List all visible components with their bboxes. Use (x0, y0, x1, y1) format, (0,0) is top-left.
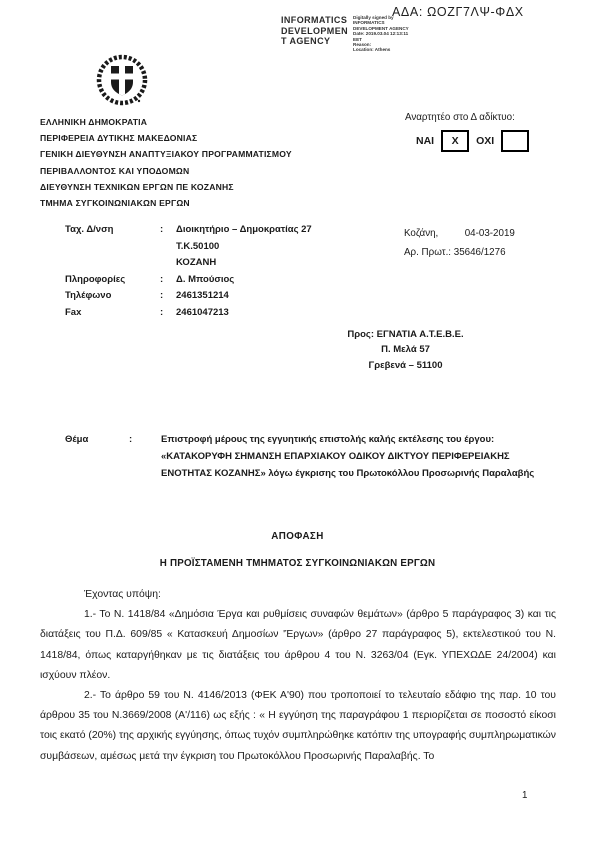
contact-value: 2461047213 (176, 305, 229, 322)
subject-separator: : (129, 431, 161, 483)
contact-separator (160, 239, 176, 256)
body-paragraph: 1.- Το Ν. 1418/84 «Δημόσια Έργα και ρυθμ… (40, 605, 556, 686)
contact-value: ΚΟΖΑΝΗ (176, 255, 216, 272)
document-page: ΑΔΑ: ΩΟΖΓ7ΛΨ-ΦΔΧ INFORMATICS DEVELOPMEN … (0, 0, 595, 842)
recipient-line: Γρεβενά – 51100 (328, 358, 483, 373)
contact-label: Fax (65, 305, 160, 322)
publish-no-label: ΟΧΙ (476, 135, 494, 147)
contact-label: Ταχ. Δ/νση (65, 222, 160, 239)
contact-value: Τ.Κ.50100 (176, 239, 219, 256)
contact-value: Δ. Μπούσιος (176, 272, 234, 289)
contact-row: ΚΟΖΑΝΗ (65, 255, 312, 272)
subject-block: Θέμα : Επιστροφή μέρους της εγγυητικής ε… (65, 431, 561, 483)
contact-value: Διοικητήριο – Δημοκρατίας 27 (176, 222, 312, 239)
publish-label: Αναρτητέο στο Δ αδίκτυο: (405, 112, 515, 123)
meta-block: Κοζάνη, 04-03-2019 Αρ. Πρωτ.: 35646/1276 (404, 224, 515, 262)
publish-options: ΝΑΙ X ΟΧΙ (416, 130, 529, 152)
greek-emblem-icon (92, 52, 152, 117)
contact-separator: : (160, 272, 176, 289)
signature-details: Digitally signed by INFORMATICS DEVELOPM… (353, 15, 409, 53)
contact-label (65, 255, 160, 272)
contact-separator: : (160, 288, 176, 305)
contact-separator: : (160, 222, 176, 239)
recipient-block: Προς: ΕΓΝΑΤΙΑ Α.Τ.Ε.Β.Ε. Π. Μελά 57 Γρεβ… (328, 327, 483, 373)
protocol-number: 35646/1276 (454, 247, 506, 258)
protocol-line: Αρ. Πρωτ.: 35646/1276 (404, 243, 515, 262)
contact-row: Πληροφορίες : Δ. Μπούσιος (65, 272, 312, 289)
contact-row: Τηλέφωνο : 2461351214 (65, 288, 312, 305)
protocol-label: Αρ. Πρωτ.: (404, 247, 451, 258)
publish-yes-checkbox: X (441, 130, 469, 152)
recipient-line: Π. Μελά 57 (328, 342, 483, 357)
contact-row: Ταχ. Δ/νση : Διοικητήριο – Δημοκρατίας 2… (65, 222, 312, 239)
publish-no-checkbox (501, 130, 529, 152)
org-header: ΕΛΛΗΝΙΚΗ ΔΗΜΟΚΡΑΤΙΑ ΠΕΡΙΦΕΡΕΙΑ ΔΥΤΙΚΗΣ Μ… (40, 114, 292, 211)
signature-agency-name: INFORMATICS DEVELOPMEN T AGENCY (281, 15, 348, 53)
org-line: ΔΙΕΥΘΥΝΣΗ ΤΕΧΝΙΚΩΝ ΕΡΓΩΝ ΠΕ ΚΟΖΑΝΗΣ (40, 179, 292, 195)
org-line: ΠΕΡΙΒΑΛΛΟΝΤΟΣ ΚΑΙ ΥΠΟΔΟΜΩΝ (40, 163, 292, 179)
subject-text: Επιστροφή μέρους της εγγυητικής επιστολή… (161, 431, 561, 483)
city-label: Κοζάνη, (404, 224, 462, 243)
org-line: ΕΛΛΗΝΙΚΗ ΔΗΜΟΚΡΑΤΙΑ (40, 114, 292, 130)
contact-row: Fax : 2461047213 (65, 305, 312, 322)
contact-block: Ταχ. Δ/νση : Διοικητήριο – Δημοκρατίας 2… (65, 222, 312, 322)
org-line: ΤΜΗΜΑ ΣΥΓΚΟΙΝΩΝΙΑΚΩΝ ΕΡΓΩΝ (40, 195, 292, 211)
contact-separator: : (160, 305, 176, 322)
org-line: ΓΕΝΙΚΗ ΔΙΕΥΘΥΝΣΗ ΑΝΑΠΤΥΞΙΑΚΟΥ ΠΡΟΓΡΑΜΜΑΤ… (40, 146, 292, 162)
contact-label: Πληροφορίες (65, 272, 160, 289)
body-paragraph: 2.- Το άρθρο 59 του Ν. 4146/2013 (ΦΕΚ Α'… (40, 686, 556, 767)
contact-label (65, 239, 160, 256)
date-line: Κοζάνη, 04-03-2019 (404, 224, 515, 243)
contact-value: 2461351214 (176, 288, 229, 305)
decision-subtitle: Η ΠΡΟΪΣΤΑΜΕΝΗ ΤΜΗΜΑΤΟΣ ΣΥΓΚΟΙΝΩΝΙΑΚΩΝ ΕΡ… (0, 558, 595, 569)
subject-label: Θέμα (65, 431, 129, 483)
decision-title: ΑΠΟΦΑΣΗ (0, 531, 595, 542)
page-number: 1 (522, 790, 527, 801)
date-value: 04-03-2019 (465, 228, 515, 239)
publish-yes-label: ΝΑΙ (416, 135, 434, 147)
body-intro: Έχοντας υπόψη: (40, 585, 556, 605)
contact-separator (160, 255, 176, 272)
org-line: ΠΕΡΙΦΕΡΕΙΑ ΔΥΤΙΚΗΣ ΜΑΚΕΔΟΝΙΑΣ (40, 130, 292, 146)
contact-row: Τ.Κ.50100 (65, 239, 312, 256)
recipient-line: Προς: ΕΓΝΑΤΙΑ Α.Τ.Ε.Β.Ε. (328, 327, 483, 342)
ada-number: ΑΔΑ: ΩΟΖΓ7ΛΨ-ΦΔΧ (392, 5, 524, 19)
document-body: Έχοντας υπόψη: 1.- Το Ν. 1418/84 «Δημόσι… (40, 585, 556, 767)
digital-signature-stamp: INFORMATICS DEVELOPMEN T AGENCY Digitall… (281, 15, 409, 53)
contact-label: Τηλέφωνο (65, 288, 160, 305)
